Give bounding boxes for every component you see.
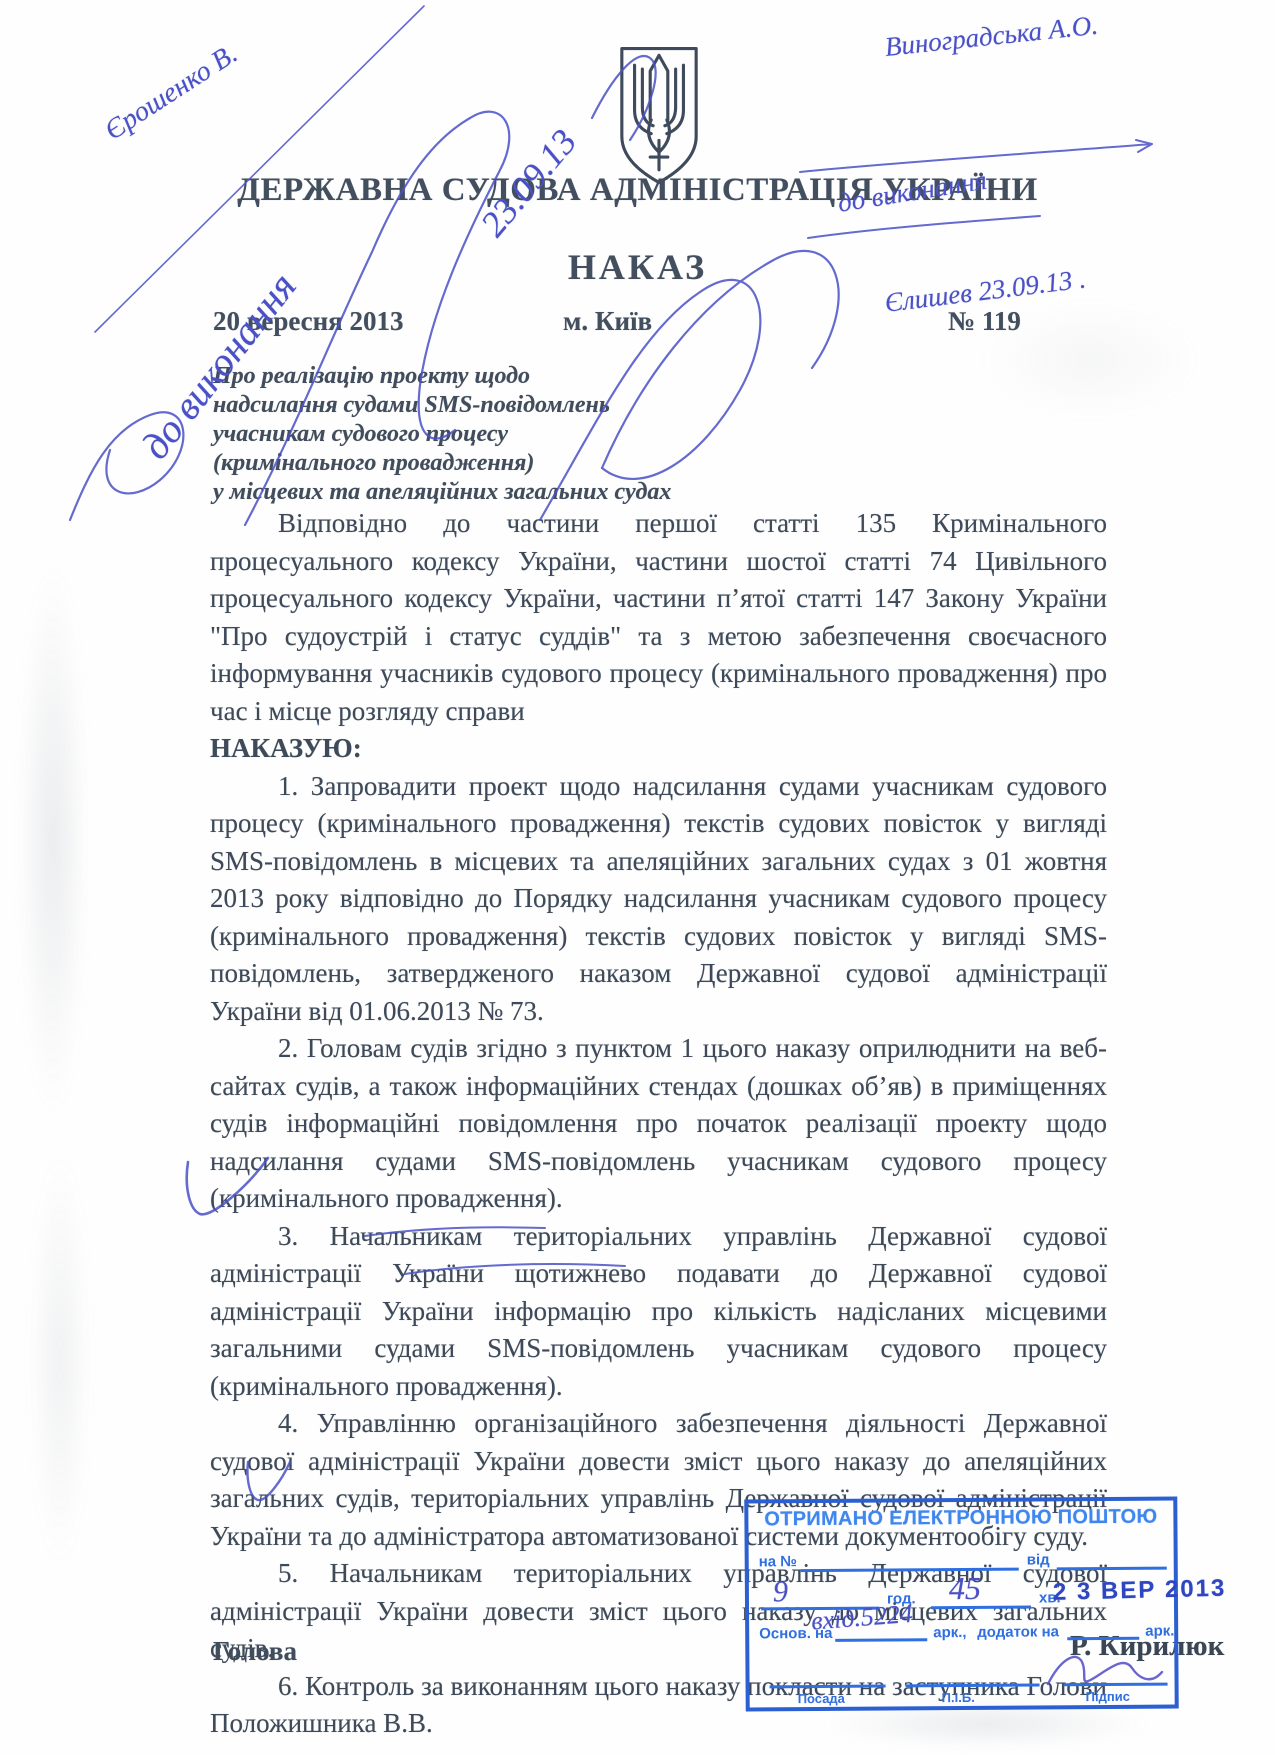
stamp-hours-handwritten: 9	[773, 1575, 788, 1609]
document-city: м. Київ	[563, 306, 652, 337]
handwritten-note-top-right-line1: Виноградська А.О.	[883, 10, 1099, 63]
stamp-footer-line	[906, 1683, 1040, 1687]
stamp-basis-label-2: арк.,	[933, 1624, 966, 1641]
stamp-footer-line	[770, 1685, 886, 1689]
stamp-minutes-handwritten: 45	[949, 1570, 981, 1607]
stamp-field-line	[1067, 1637, 1139, 1641]
scan-smudge	[30, 1150, 90, 1570]
stamp-footer-label-position: Посада	[798, 1691, 845, 1706]
subject-line: у місцевих та апеляційних загальних суда…	[213, 478, 693, 507]
order-item-1: 1. Запровадити проект щодо надсилання су…	[210, 768, 1107, 1031]
stamp-field-line	[1057, 1567, 1167, 1571]
stamp-field-line	[931, 1606, 1031, 1610]
subject-block: Про реалізацію проекту щодо надсилання с…	[213, 362, 693, 507]
document-number: № 119	[948, 306, 1021, 337]
stamp-footer-label-name: П.І.Б.	[942, 1690, 975, 1705]
order-item-3: 3. Начальникам територіальних управлінь …	[210, 1218, 1107, 1406]
stamp-field-line	[835, 1638, 927, 1642]
order-item-2: 2. Головам судів згідно з пунктом 1 цьог…	[210, 1030, 1107, 1218]
ukraine-trident-emblem	[615, 42, 703, 190]
order-word: НАКАЗУЮ:	[210, 730, 1107, 768]
organization-name: ДЕРЖАВНА СУДОВА АДМІНІСТРАЦІЯ УКРАЇНИ	[0, 172, 1275, 209]
stamp-title: ОТРИМАНО ЕЛЕКТРОННОЮ ПОШТОЮ	[748, 1506, 1173, 1532]
stamp-field-no-label: на №	[759, 1553, 797, 1570]
received-stamp: ОТРИМАНО ЕЛЕКТРОННОЮ ПОШТОЮ на № від 9 г…	[744, 1496, 1178, 1711]
stamp-footer-label-signature: Підпис	[1086, 1689, 1130, 1704]
subject-line: надсилання судами SMS-повідомлень	[213, 391, 693, 420]
signer-position: Голова	[213, 1636, 297, 1667]
stamp-basis-label-3: додаток на	[977, 1623, 1059, 1641]
stamp-basis-handwritten: вхід.5224	[810, 1599, 914, 1637]
stamp-field-line	[801, 1568, 1019, 1573]
stamp-date-received: 2 3 ВЕР 2013	[1053, 1575, 1227, 1607]
subject-line: учасникам судового процесу	[213, 420, 693, 449]
scanned-order-document: ДЕРЖАВНА СУДОВА АДМІНІСТРАЦІЯ УКРАЇНИ НА…	[0, 0, 1275, 1755]
intro-paragraph: Відповідно до частини першої статті 135 …	[210, 505, 1107, 730]
handwritten-underline	[808, 216, 1040, 238]
stamp-basis-label-4: арк.	[1145, 1623, 1174, 1640]
stamp-field-from-label: від	[1027, 1551, 1050, 1568]
subject-line: Про реалізацію проекту щодо	[213, 362, 693, 391]
subject-line: (кримінального провадження)	[213, 449, 693, 478]
handwritten-note-top-left: Єрошенко В.	[99, 38, 243, 147]
trident-center-prong	[650, 55, 668, 120]
stamp-footer-line	[1064, 1683, 1168, 1687]
scan-smudge	[18, 560, 88, 1120]
